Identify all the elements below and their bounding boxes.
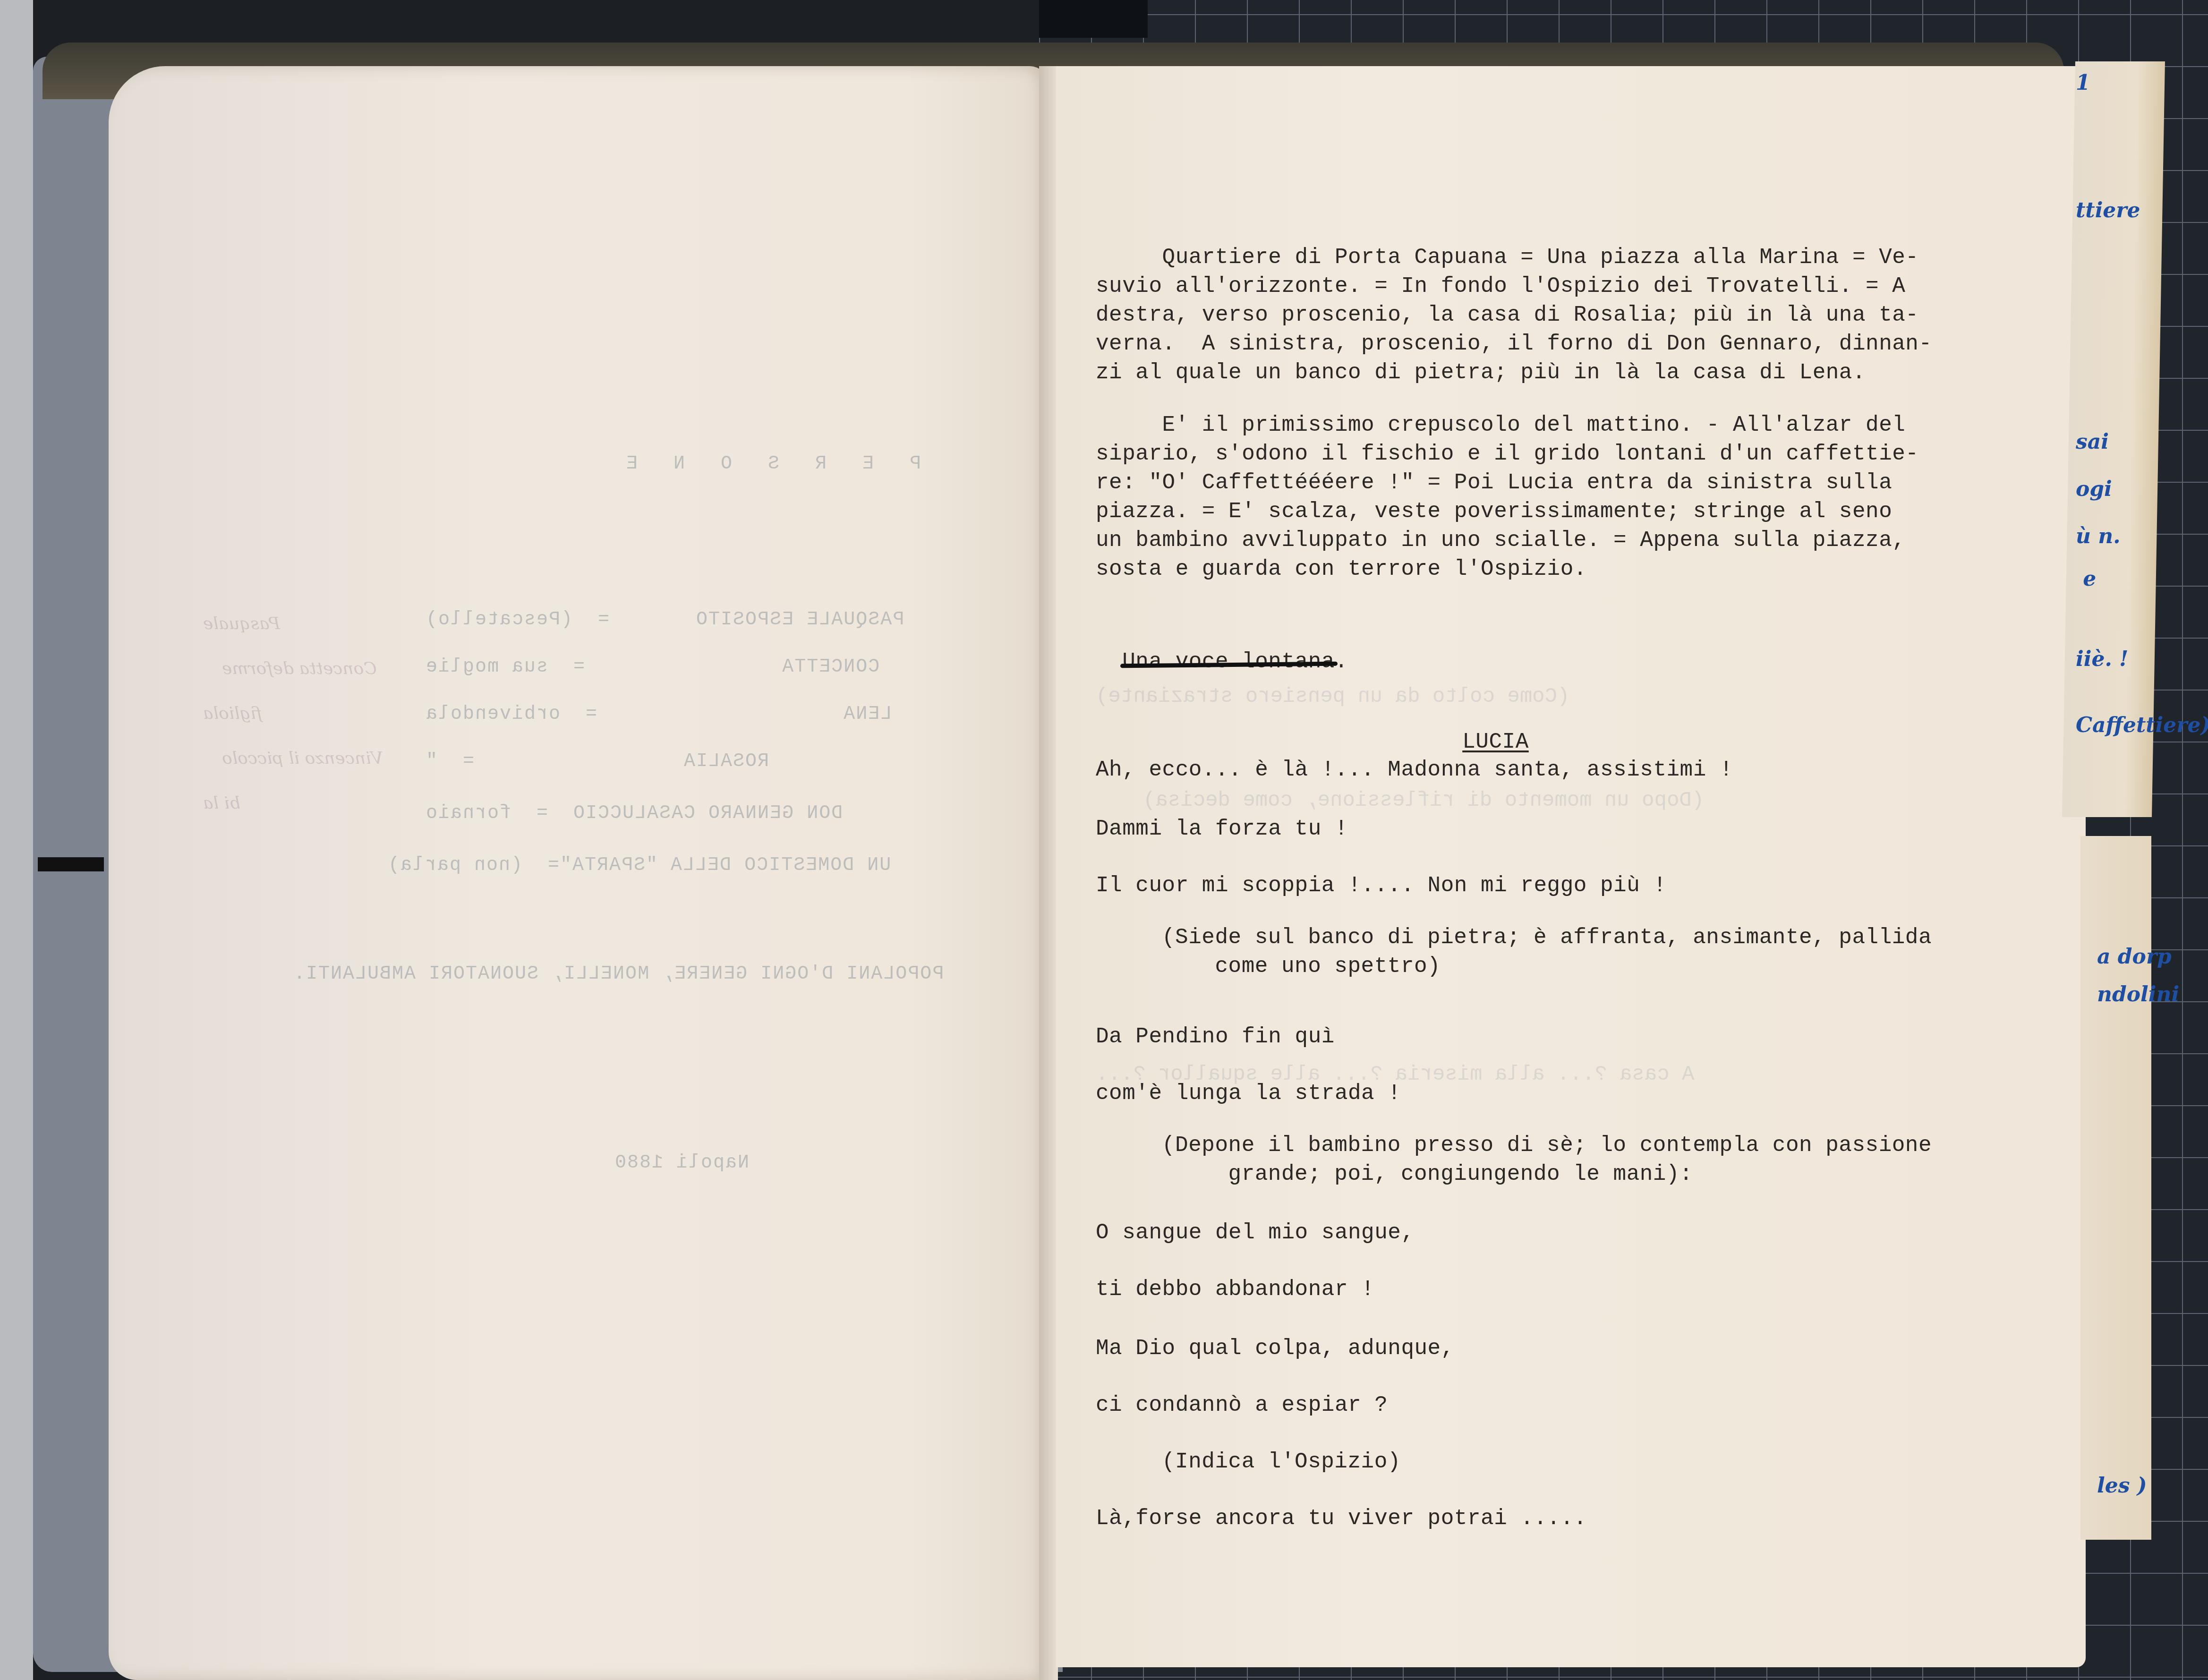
binding-tear bbox=[38, 857, 104, 871]
handwritten-note: sai bbox=[2076, 430, 2109, 454]
verse-line: Dammi la forza tu ! bbox=[1096, 815, 1348, 844]
verse-line: Ma Dio qual colpa, adunque, bbox=[1096, 1334, 1454, 1363]
verse-line: Là,forse ancora tu viver potrai ..... bbox=[1096, 1504, 1587, 1533]
verse-line: Il cuor mi scoppia !.... Non mi reggo pi… bbox=[1096, 871, 1667, 900]
verse-line: O sangue del mio sangue, bbox=[1096, 1219, 1415, 1247]
verse-line: Da Pendino fin quì bbox=[1096, 1023, 1335, 1051]
bleed-through-line: Napoli 1880 bbox=[614, 1152, 749, 1174]
bleed-handwriting: Concetta deforme bbox=[222, 659, 377, 678]
bleed-through-line: POPOLANI D'OGNI GENERE, MONELLI, SUONATO… bbox=[293, 964, 944, 985]
stage-direction: (Siede sul banco di pietra; è affranta, … bbox=[1162, 923, 1932, 981]
handwritten-note: ogi bbox=[2076, 477, 2112, 501]
ghost-text: (Dopo un momento di riflessione, come de… bbox=[1143, 789, 1704, 812]
table-edge bbox=[0, 0, 33, 1680]
bleed-through-line: PASQUALE ESPOSITO = (Pescatello) bbox=[425, 609, 904, 631]
bleed-handwriting: Pasquale bbox=[203, 614, 280, 633]
bleed-through-line: DON GENNARO CASALUCCIO = fornaio bbox=[425, 803, 843, 824]
folded-handwritten-sheet-lower bbox=[2080, 836, 2151, 1540]
handwritten-note: Caffettiere) bbox=[2076, 713, 2208, 737]
struck-text: Una voce lontana bbox=[1122, 648, 1335, 676]
handwritten-note: e bbox=[2076, 567, 2096, 591]
page-gutter bbox=[1039, 66, 1058, 1680]
stage-direction: (Depone il bambino presso di sè; lo cont… bbox=[1162, 1131, 1932, 1189]
handwritten-note: a dorp bbox=[2097, 945, 2172, 969]
handwritten-note: ndolini bbox=[2097, 982, 2179, 1006]
handwritten-note: 1 bbox=[2076, 71, 2090, 95]
bleed-through-line: CONCETTA = sua moglie bbox=[425, 657, 879, 678]
stage-direction-2: E' il primissimo crepuscolo del mattino.… bbox=[1096, 411, 1918, 584]
handwritten-note: ù n. bbox=[2076, 524, 2121, 548]
verse-line: Ah, ecco... è là !... Madonna santa, ass… bbox=[1096, 756, 1733, 785]
stage-direction: (Indica l'Ospizio) bbox=[1162, 1448, 1401, 1476]
handwritten-note: les ) bbox=[2097, 1474, 2147, 1498]
dark-object-top bbox=[1039, 0, 1148, 38]
character-name: LUCIA bbox=[1436, 699, 1529, 757]
verse-line: com'è lunga la strada ! bbox=[1096, 1079, 1401, 1108]
bleed-through-line: LENA = orbivendola bbox=[425, 704, 892, 725]
verse-line: ti debbo abbandonar ! bbox=[1096, 1275, 1374, 1304]
bleed-through-line: ROSALIA = " bbox=[425, 751, 769, 772]
bleed-handwriting: Vincenzo il piccolo bbox=[222, 749, 383, 768]
bleed-handwriting: bi la bbox=[203, 793, 240, 813]
handwritten-note: iiè. ! bbox=[2076, 647, 2128, 671]
bleed-handwriting: figliola bbox=[203, 704, 262, 723]
bleed-through-line: UN DOMESTICO DELLA "SPARTA"= (non parla) bbox=[387, 855, 891, 876]
verse-line: ci condannò a espiar ? bbox=[1096, 1391, 1388, 1420]
struck-line: Una voce lontana. bbox=[1096, 619, 1348, 676]
handwritten-note: ttiere bbox=[2076, 198, 2140, 222]
stage-direction-1: Quartiere di Porta Capuana = Una piazza … bbox=[1096, 243, 1932, 387]
bleed-through-line: P E R S O N E bbox=[614, 453, 921, 475]
